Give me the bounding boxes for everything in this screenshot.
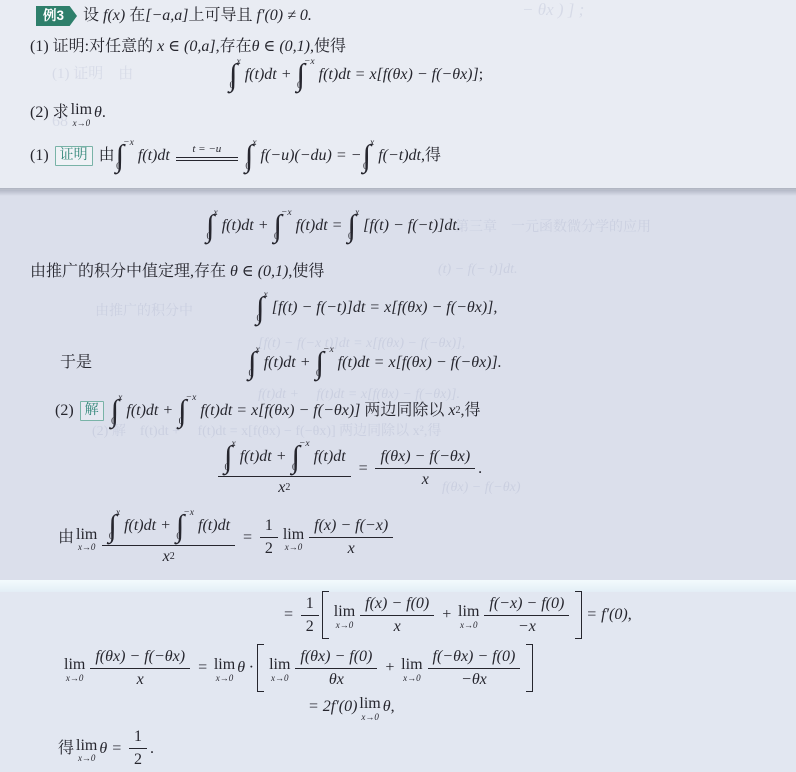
limit-subscript: x→0 — [78, 543, 96, 552]
integral: ∫x0 — [108, 508, 123, 544]
math-run: f(−u)(−du) = − — [261, 146, 362, 166]
math-run: [f(t) − f(−t)]dt = x[f(θx) − f(−θx)], — [272, 298, 498, 318]
integral: ∫−x0 — [176, 508, 197, 544]
limit: limx→0 — [76, 527, 97, 553]
math-run: f(t)dt + — [245, 65, 296, 85]
math-run: = — [283, 605, 298, 625]
bleed-through-text: 第三章 一元函数微分学的应用 — [455, 216, 651, 236]
integral: ∫x0 — [224, 439, 239, 475]
formula-line: 得limx→0θ = 12. — [58, 726, 154, 771]
text-run: . — [102, 103, 106, 123]
limit-subscript: x→0 — [73, 119, 91, 128]
text-run: . — [150, 739, 154, 759]
math-run: = — [238, 528, 257, 548]
formula-line: 由推广的积分中值定理,存在 θ ∈ (0,1),使得 — [30, 262, 324, 282]
fraction-numerator: f(−θx) − f(0) — [428, 646, 521, 669]
integral-upper-bound: x — [214, 209, 218, 219]
integral-upper-bound: −x — [123, 139, 134, 149]
integral-lower-bound: 0 — [348, 233, 359, 243]
fraction-numerator: f(−x) − f(0) — [484, 593, 569, 616]
math-run: + — [437, 605, 456, 625]
fraction-denominator: θx — [324, 669, 349, 691]
formula-line: ∫x0f(t)dt + ∫−x0f(t)dt = ∫x0[f(t) − f(−t… — [205, 208, 461, 244]
math-run: −θx — [461, 670, 487, 690]
integral-lower-bound: 0 — [225, 464, 236, 474]
math-run: θ — [383, 697, 391, 717]
math-run: f(θx) − f(−θx) — [380, 447, 470, 467]
math-run: [f(t) − f(−t)]dt. — [363, 216, 461, 236]
integral-upper-bound: x — [232, 440, 236, 450]
spacer — [106, 411, 110, 412]
text-run: (2) — [55, 401, 78, 421]
bleed-through-text: (2) 解 f(t)dt + f(t)dt = x[f(θx) − f(−θx)… — [92, 420, 441, 440]
text-run: 2 — [306, 617, 314, 637]
text-run: 由 — [95, 146, 115, 166]
textbook-page: 例3 设 f(x) 在[−a,a]上可导且 f′(0) ≠ 0.(1) 证明:对… — [0, 0, 796, 772]
math-run: f(t)dt + — [240, 447, 291, 467]
math-run: θ ∈ (0,1) — [252, 37, 310, 57]
text-run: 设 — [79, 6, 103, 26]
math-run: f(t)dt — [198, 516, 230, 536]
text-run: ,得 — [421, 146, 441, 166]
math-run: f(t)dt + — [222, 216, 273, 236]
fraction: f(θx) − f(−θx)x — [90, 646, 190, 691]
fraction-denominator: x — [343, 538, 360, 560]
text-run: ,使得 — [288, 262, 324, 282]
bleed-through-text: f(t)dt + f(t)dt = x[f(θx) − f(−θx)]. — [258, 383, 460, 403]
fraction-numerator: f(θx) − f(0) — [295, 646, 377, 669]
math-run: = f′(0) — [582, 605, 627, 625]
formula-line: (1) 证明:对任意的 x ∈ (0,a],存在θ ∈ (0,1),使得 — [30, 37, 346, 57]
math-run: f(θx) − f(0) — [300, 647, 372, 667]
fraction: f(−x) − f(0)−x — [484, 593, 569, 638]
integral-upper-bound: −x — [183, 509, 194, 519]
math-run: f(−t)dt — [378, 146, 421, 166]
limit-word: lim — [334, 604, 355, 621]
math-run: f(t)dt + — [264, 353, 315, 373]
integral-lower-bound: 0 — [245, 163, 256, 173]
integral-lower-bound: 0 — [176, 533, 194, 543]
fraction-denominator: x — [417, 469, 434, 491]
math-run: x — [137, 670, 144, 690]
math-run: x — [163, 547, 170, 567]
text-run: 1 — [306, 594, 314, 614]
limit-subscript: x→0 — [361, 713, 379, 722]
text-run: ,存在 — [216, 37, 252, 57]
text-run: , — [628, 605, 632, 625]
integral-lower-bound: 0 — [274, 233, 292, 243]
formula-line: 例3 设 f(x) 在[−a,a]上可导且 f′(0) ≠ 0. — [36, 6, 312, 26]
math-run: f(t)dt = — [296, 216, 347, 236]
limit-subscript: x→0 — [403, 674, 421, 683]
math-run: f(x) − f(0) — [365, 594, 429, 614]
limit-subscript: x→0 — [78, 754, 96, 763]
bleed-through-text: 68 — [52, 113, 68, 131]
integral-upper-bound: −x — [304, 58, 315, 68]
integral-lower-bound: 0 — [363, 163, 374, 173]
integral-bounds: x0 — [252, 138, 256, 174]
text-run: 于是 — [60, 353, 92, 373]
integral-upper-bound: x — [118, 394, 122, 404]
fraction: 12 — [260, 515, 278, 560]
math-run: x — [394, 617, 401, 637]
formula-line: limx→0f(θx) − f(−θx)x = limx→0θ · limx→0… — [62, 644, 533, 692]
integral-upper-bound: x — [237, 58, 241, 68]
integral-lower-bound: 0 — [207, 233, 218, 243]
integral: ∫−x0 — [274, 208, 295, 244]
math-run: f′(0) ≠ 0. — [257, 6, 312, 26]
integral: ∫x0 — [256, 290, 271, 326]
integral: ∫x0 — [347, 208, 362, 244]
math-run: f(t)dt = x[f(θx) − f(−θx)]. — [338, 353, 502, 373]
fraction: ∫x0f(t)dt + ∫−x0f(t)dtx2 — [218, 438, 351, 499]
text-run: 在 — [125, 6, 145, 26]
fraction-denominator: −x — [513, 616, 541, 638]
integral-lower-bound: 0 — [109, 533, 120, 543]
integral-bounds: x0 — [237, 57, 241, 93]
integral: ∫x0 — [229, 57, 244, 93]
integral-lower-bound: 0 — [257, 315, 268, 325]
limit-word: lim — [359, 696, 380, 713]
integral-lower-bound: 0 — [230, 82, 241, 92]
limit-word: lim — [71, 102, 92, 119]
limit: limx→0 — [76, 738, 97, 764]
fraction-denominator: x — [389, 616, 406, 638]
integral-lower-bound: 0 — [116, 163, 134, 173]
bleed-through-text: [f(t) − f(−x t)]dt = x[f(θx) − f(−θx)], — [258, 336, 465, 352]
math-run: f(−θx) − f(0) — [433, 647, 516, 667]
math-run: = — [354, 459, 373, 479]
limit-subscript: x→0 — [285, 543, 303, 552]
integral-lower-bound: 0 — [292, 464, 310, 474]
integral-bounds: −x0 — [299, 439, 310, 475]
integral-upper-bound: x — [355, 209, 359, 219]
integral-bounds: −x0 — [304, 57, 315, 93]
double-rule — [176, 157, 238, 161]
fraction-denominator: 2 — [301, 616, 319, 638]
math-run: = — [193, 658, 212, 678]
fraction-numerator: f(θx) − f(−θx) — [90, 646, 190, 669]
limit: limx→0 — [283, 527, 304, 553]
limit-subscript: x→0 — [271, 674, 289, 683]
math-run: f(t)dt = x[f(θx) − f(−θx)] — [200, 401, 360, 421]
limit-word: lim — [64, 657, 85, 674]
limit: limx→0 — [401, 657, 422, 683]
math-run: f(t)dt — [314, 447, 346, 467]
integral: ∫x0 — [245, 138, 260, 174]
text-run: 2 — [134, 750, 142, 770]
math-run: −x — [518, 617, 536, 637]
integral-lower-bound: 0 — [316, 370, 334, 380]
page-content: 例3 设 f(x) 在[−a,a]上可导且 f′(0) ≠ 0.(1) 证明:对… — [0, 0, 796, 772]
math-run: f(θx) − f(−θx) — [95, 647, 185, 667]
math-run: [−a,a] — [145, 6, 188, 26]
bleed-through-text: 由推广的积分中 — [95, 300, 193, 320]
math-run: x — [422, 470, 429, 490]
fraction-denominator: x2 — [158, 546, 180, 568]
superscript: 2 — [285, 483, 290, 493]
math-run: f(t)dt + — [124, 516, 175, 536]
integral-lower-bound: 0 — [297, 82, 315, 92]
big-bracket — [257, 644, 264, 692]
math-run: x — [278, 478, 285, 498]
limit: limx→0 — [214, 657, 235, 683]
integral-bounds: x0 — [232, 439, 236, 475]
formula-line: ∫x0f(t)dt + ∫−x0f(t)dt = x[f(θx) − f(−θx… — [228, 57, 483, 93]
math-run: f(x) — [103, 6, 125, 26]
big-bracket — [322, 591, 329, 639]
limit: limx→0 — [269, 657, 290, 683]
math-run: f(−x) − f(0) — [489, 594, 564, 614]
text-run: , — [391, 697, 395, 717]
integral-bounds: −x0 — [281, 208, 292, 244]
integral-bounds: x0 — [370, 138, 374, 174]
big-bracket — [575, 591, 582, 639]
math-run: = 2f′(0) — [308, 697, 357, 717]
integral-bounds: x0 — [116, 508, 120, 544]
text-run: (1) 证明:对任意的 — [30, 37, 157, 57]
math-run: x — [348, 539, 355, 559]
limit: limx→0 — [359, 696, 380, 722]
math-run: θ — [94, 103, 102, 123]
integral: ∫−x0 — [292, 439, 313, 475]
math-run: θx — [329, 670, 344, 690]
fraction: 12 — [129, 726, 147, 771]
integral: ∫−x0 — [116, 138, 137, 174]
limit-word: lim — [283, 527, 304, 544]
integral: ∫−x0 — [297, 57, 318, 93]
fraction: f(x) − f(−x)x — [309, 515, 393, 560]
bleed-through-text: − θx ) ] ; — [522, 0, 584, 20]
integral-upper-bound: −x — [299, 440, 310, 450]
bleed-through-text: (t) − f(− t)]dt. — [438, 262, 518, 278]
math-run: x — [448, 401, 455, 421]
fraction: f(θx) − f(0)θx — [295, 646, 377, 691]
limit: limx→0 — [64, 657, 85, 683]
integral-bounds: −x0 — [183, 508, 194, 544]
limit-subscript: x→0 — [66, 674, 84, 683]
text-run: 上可导且 — [189, 6, 257, 26]
fraction-numerator: 1 — [260, 515, 278, 538]
limit-word: lim — [401, 657, 422, 674]
text-run: 由 — [58, 528, 74, 548]
fraction: 12 — [301, 593, 319, 638]
substitution-equals: t = −u — [176, 143, 238, 160]
formula-line: 由limx→0∫x0f(t)dt + ∫−x0f(t)dtx2 = 12limx… — [58, 507, 396, 568]
fraction: ∫x0f(t)dt + ∫−x0f(t)dtx2 — [102, 507, 235, 568]
fraction-denominator: x2 — [273, 477, 295, 499]
limit-subscript: x→0 — [216, 674, 234, 683]
text-run: ,使得 — [310, 37, 346, 57]
limit-word: lim — [76, 527, 97, 544]
limit: limx→0 — [334, 604, 355, 630]
integral-upper-bound: −x — [281, 209, 292, 219]
fraction: f(x) − f(0)x — [360, 593, 434, 638]
integral-bounds: −x0 — [123, 138, 134, 174]
integral-upper-bound: x — [116, 509, 120, 519]
text-run: . — [478, 459, 482, 479]
fraction-numerator: ∫x0f(t)dt + ∫−x0f(t)dt — [218, 438, 351, 477]
spacer — [92, 363, 247, 364]
superscript: 2 — [170, 552, 175, 562]
bleed-through-text: (1) 证明 由 — [52, 62, 133, 83]
fraction-numerator: f(x) − f(−x) — [309, 515, 393, 538]
math-run: f(x) − f(−x) — [314, 516, 388, 536]
limit: limx→0 — [458, 604, 479, 630]
text-run: ; — [479, 65, 483, 85]
math-run: f(t)dt + — [126, 401, 177, 421]
limit-word: lim — [458, 604, 479, 621]
integral-upper-bound: x — [264, 291, 268, 301]
step-tag: 解 — [80, 401, 104, 421]
fraction-denominator: x — [132, 669, 149, 691]
fraction-numerator: 1 — [301, 593, 319, 616]
formula-line: ∫x0[f(t) − f(−t)]dt = x[f(θx) − f(−θx)], — [255, 290, 497, 326]
text-run: 得 — [58, 739, 74, 759]
fraction-numerator: 1 — [129, 726, 147, 749]
math-run: f(t)dt — [138, 146, 170, 166]
limit-subscript: x→0 — [336, 621, 354, 630]
formula-line: (1) 证明 由∫−x0f(t)dtt = −u∫x0f(−u)(−du) = … — [30, 138, 441, 174]
integral-lower-bound: 0 — [249, 370, 260, 380]
fraction-denominator: 2 — [260, 538, 278, 560]
fraction-denominator: 2 — [129, 749, 147, 771]
limit-subscript: x→0 — [460, 621, 478, 630]
math-run: θ ∈ (0,1) — [230, 262, 288, 282]
formula-line: = 12limx→0f(x) − f(0)x + limx→0f(−x) − f… — [283, 591, 632, 639]
substitution-label: t = −u — [192, 143, 221, 155]
fraction-numerator: f(x) − f(0) — [360, 593, 434, 616]
text-run: 2 — [265, 539, 273, 559]
limit-word: lim — [214, 657, 235, 674]
fraction: f(−θx) − f(0)−θx — [428, 646, 521, 691]
limit-word: lim — [269, 657, 290, 674]
integral-upper-bound: x — [370, 139, 374, 149]
text-run: ,得 — [461, 401, 481, 421]
math-run: θ = — [99, 739, 126, 759]
integral-bounds: x0 — [355, 208, 359, 244]
integral-bounds: x0 — [264, 290, 268, 326]
formula-line: = 2f′(0)limx→0θ, — [308, 694, 395, 720]
integral-upper-bound: x — [252, 139, 256, 149]
big-bracket — [526, 644, 533, 692]
fraction-denominator: −θx — [456, 669, 492, 691]
fraction-numerator: ∫x0f(t)dt + ∫−x0f(t)dt — [102, 507, 235, 546]
step-tag: 证明 — [55, 146, 93, 166]
math-run: θ · — [237, 658, 257, 678]
text-run: (1) — [30, 146, 53, 166]
integral: ∫x0 — [362, 138, 377, 174]
text-run: 1 — [134, 727, 142, 747]
math-run: x ∈ (0,a] — [157, 37, 216, 57]
bleed-through-text: f(θx) − f(−θx) — [442, 480, 521, 496]
integral: ∫x0 — [206, 208, 221, 244]
math-run: + — [380, 658, 399, 678]
limit: limx→0 — [71, 102, 92, 128]
text-run: 两边同除以 — [360, 401, 448, 421]
integral-upper-bound: −x — [186, 394, 197, 404]
example-badge: 例3 — [36, 6, 77, 26]
text-run: 由推广的积分中值定理,存在 — [30, 262, 230, 282]
math-run: f(t)dt = x[f(θx) − f(−θx)] — [319, 65, 479, 85]
integral-bounds: x0 — [214, 208, 218, 244]
limit-word: lim — [76, 738, 97, 755]
text-run: 1 — [265, 516, 273, 536]
fraction-numerator: f(θx) − f(−θx) — [375, 446, 475, 469]
